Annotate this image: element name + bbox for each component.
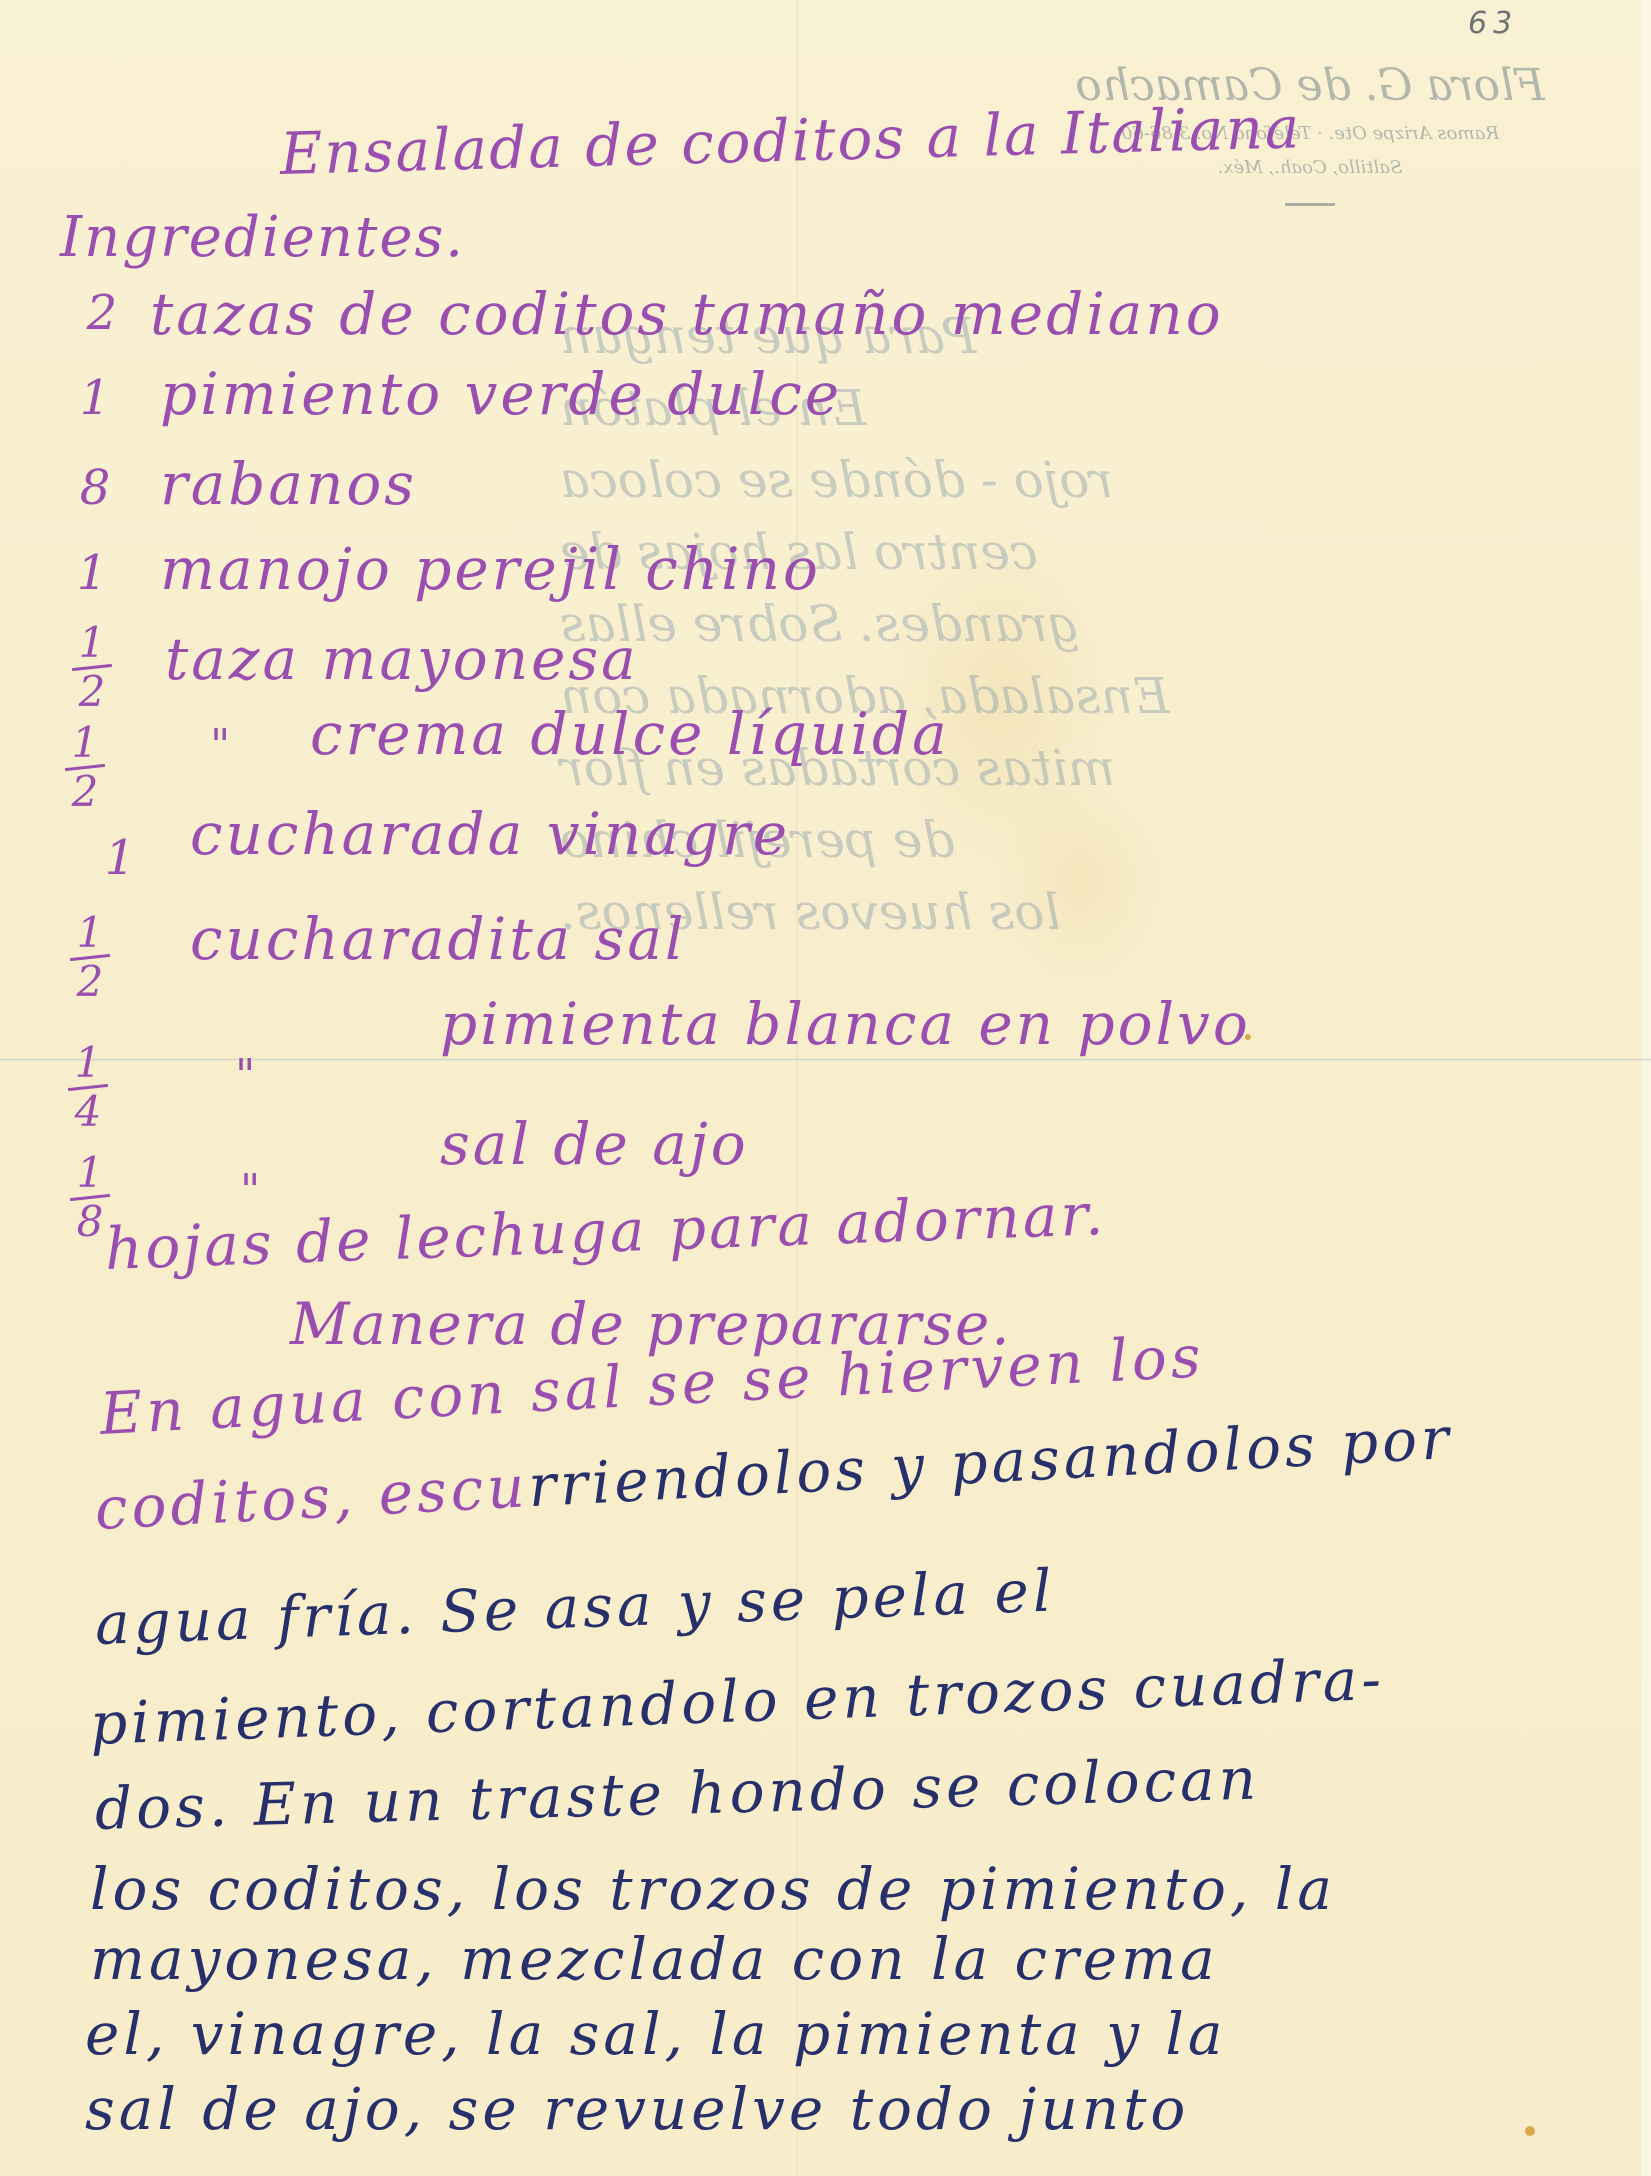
ingredient-text: cucharadita sal (190, 905, 686, 973)
recipe-page: 63 Flora G. de Camacho Ramos Arizpe Ote.… (0, 0, 1651, 2176)
ingredient-qty: 1 (62, 545, 122, 601)
ink-stain (1525, 2126, 1535, 2136)
page-number: 63 (1468, 6, 1518, 41)
method-line: dos. En un traste hondo se colocan (94, 1745, 1261, 1843)
letterhead-rule (1285, 203, 1335, 206)
ingredient-text: pimienta blanca en polvo (440, 990, 1251, 1058)
ingredient-text: rabanos (160, 450, 417, 518)
ditto-mark: " (240, 1165, 260, 1216)
ingredient-qty: 1 (65, 370, 125, 426)
method-line: sal de ajo, se revuelve todo junto (85, 2075, 1189, 2143)
method-line: agua fría. Se asa y se pela el (94, 1556, 1057, 1657)
ingredient-text: crema dulce líquida (310, 700, 950, 768)
ingredient-text: sal de ajo (440, 1110, 749, 1178)
ingredient-qty: 8 (65, 460, 125, 516)
ingredient-qty-fraction: 12 (55, 720, 115, 815)
method-line: los coditos, los trozos de pimiento, la (90, 1855, 1336, 1923)
ingredient-qty: 1 (90, 830, 150, 886)
ditto-mark: " (210, 720, 230, 771)
show-through-line: los huevos rellenos. (560, 876, 1650, 948)
show-through-line: rojo - dónde se coloca (560, 444, 1650, 516)
method-line: pimiento, cortandolo en trozos cuadra- (89, 1645, 1386, 1758)
ingredient-text: taza mayonesa (165, 625, 639, 693)
ingredient-qty-fraction: 14 (58, 1040, 118, 1135)
ingredient-text: cucharada vinagre (190, 800, 790, 868)
ingredient-text: manojo perejil chino (160, 535, 821, 603)
method-line: el, vinagre, la sal, la pimienta y la (85, 2000, 1227, 2068)
method-line-purple-segment: coditos, escu (93, 1452, 530, 1543)
ingredient-text: tazas de coditos tamaño mediano (150, 280, 1224, 348)
ingredient-qty-fraction: 12 (60, 910, 120, 1005)
ditto-mark: " (235, 1050, 255, 1101)
ingredient-qty: 2 (72, 285, 132, 341)
ingredient-text: pimiento verde dulce (160, 360, 842, 428)
method-line-blue-segment: rriendolos y pasandolos por (527, 1404, 1455, 1520)
ingredient-qty-fraction: 12 (62, 620, 122, 715)
ingredients-heading: Ingredientes. (60, 205, 465, 270)
method-line: mayonesa, mezclada con la crema (90, 1925, 1219, 1993)
